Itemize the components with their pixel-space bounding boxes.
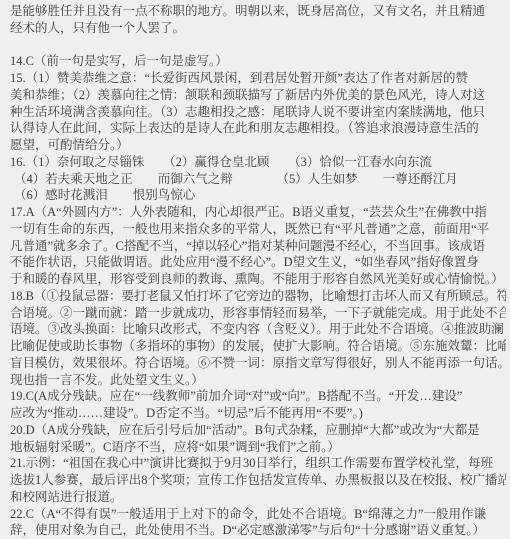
text-line: 语境。③改头换面：比喻只改形式，不变内容（含贬义）。用于此处不合语境。④推波助澜… — [10, 321, 506, 338]
text-line: 17.A（A“外圆内方”：人外表随和，内心却很严正。B语义重复，“芸芸众生”在佛… — [10, 204, 506, 221]
text-line: （4）若夫乘天地之正 而御六气之辩 （5）人生如梦 一尊还酹江月 — [10, 171, 506, 188]
text-line: 地板辐射采暖”。C语序不当，应将“如果”调到“我们”之前。） — [10, 439, 506, 456]
text-line: 21.示例：“祖国在我心中”演讲比赛拟于9月30日举行，组织工作需要布置学校礼堂… — [10, 455, 506, 472]
text-line: 现也指一言不发。此处望文生义。） — [10, 372, 506, 389]
text-line: 一切有生命的东西，一般也用来指众多的平常人，既然已有“平凡普通”之意，前面用“平 — [10, 221, 506, 238]
text-line: 于和暖的春风里，形容受到良师的教诲、熏陶。不能用于形容自然风光美好或心情愉悦。） — [10, 271, 506, 288]
text-line: 选拔1人参赛，最后评出8个奖项；宣传工作包括发宣传单、办黑板报以及在校报、校广播… — [10, 472, 506, 489]
text-line: 18.B（①投鼠忌器：要打老鼠又怕打坏了它旁边的器物，比喻想打击坏人而又有所顾忌… — [10, 288, 506, 305]
text-line: 不能作状语，只能做谓语。此处应用“漫不经心”。D望文生义，“如坐春风”指好像置身 — [10, 254, 506, 271]
text-line: 比喻促使或助长事物（多指坏的事物）的发展，使扩大影响。符合语境。⑤东施效颦：比喻 — [10, 338, 506, 355]
text-line: 是能够胜任并且没有一点不称职的地方。明朝以来，既身居高位，又有文名，并且精通 — [10, 3, 506, 20]
text-line: 和校网站进行报道。 — [10, 489, 506, 506]
document-page: 是能够胜任并且没有一点不称职的地方。明朝以来，既身居高位，又有文名，并且精通经术… — [0, 0, 510, 539]
text-line: （6）感时花溅泪 恨别鸟惊心 — [10, 187, 506, 204]
text-line: 辞，使用对象为自己，此处使用不当。D“必定感激涕零”与后句“十分感谢”语义重复。… — [10, 522, 506, 539]
text-line: 凡普通”就多余了。C搭配不当，“掉以轻心”指对某种问题漫不经心，不当回事。该成语 — [10, 238, 506, 255]
answer-key-text: 是能够胜任并且没有一点不称职的地方。明朝以来，既身居高位，又有文名，并且精通经术… — [10, 3, 506, 539]
text-line: 种生活环境满含羡慕向往。（3）志趣相投之感：尾联诗人说不要讲室内案牍满地，他只 — [10, 104, 506, 121]
text-line: 美和恭维；（2）羡慕向往之情：颔联和颈联描写了新居内外优美的景色风光，诗人对这 — [10, 87, 506, 104]
text-line: 合语境。②一蹴而就：踏一步就成功，形容事情轻而易举，一下子就能完成。用于此处不合 — [10, 305, 506, 322]
text-line: 14.C（前一句是实写，后一句是虚写。） — [10, 53, 506, 70]
text-line: 16.（1）奈何取之尽锱铢 （2）赢得仓皇北顾 （3）恰似一江春水向东流 — [10, 154, 506, 171]
text-line: 经术的人，只有他一个人罢了。 — [10, 20, 506, 37]
blank-line — [10, 37, 506, 54]
text-line: 15.（1）赞美恭维之意：“长爱街西风景闲，到君居处暂开颜”表达了作者对新居的赞 — [10, 70, 506, 87]
text-line: 愿望，可酌情给分。） — [10, 137, 506, 154]
text-line: 认得诗人在此间，实际上表达的是诗人在此和朋友志趣相投。（答追求浪漫诗意生活的 — [10, 120, 506, 137]
text-line: 盲目模仿，效果很坏。符合语境。⑥不赞一词：原指文章写得很好，别人不能再添一句话。 — [10, 355, 506, 372]
text-line: 19.C(A成分残缺。应在“一线教师”前加介词“对”或“向”。B搭配不当。“开发… — [10, 388, 506, 405]
text-line: 20.D（A成分残缺，应在后引号后加“活动”。B句式杂糅，应删掉“大都”或改为“… — [10, 422, 506, 439]
text-line: 应改为“推动……建设”。D否定不当。“切忌”后不能再用“不要”。) — [10, 405, 506, 422]
text-line: 22.C（A“不得有误”一般适用于上对下的命令，此处不合语境。B“绵薄之力”一般… — [10, 506, 506, 523]
